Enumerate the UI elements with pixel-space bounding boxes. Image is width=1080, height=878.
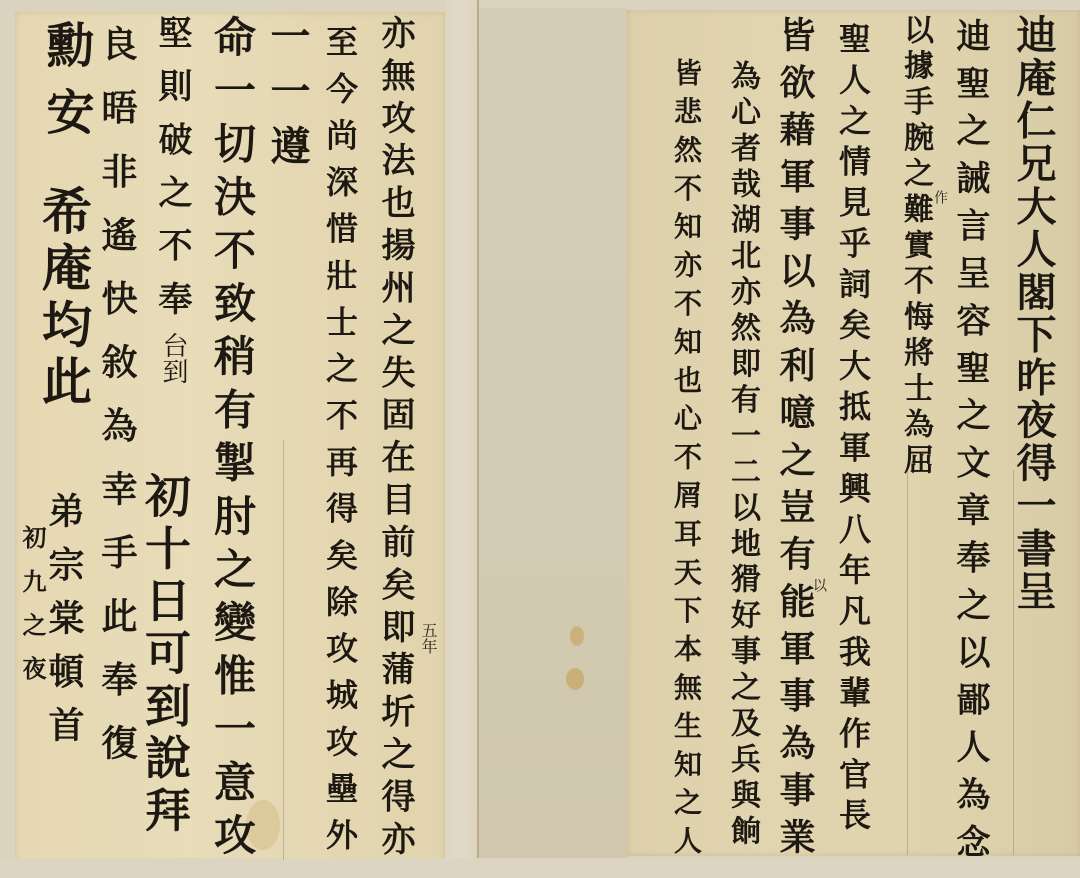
text-column: 堅則破之不奉 <box>155 15 189 315</box>
date-line: 初九之夜 <box>20 525 44 680</box>
paper-stain <box>570 626 584 646</box>
text-column: 亦無攻法也揚州之失固在目前矣即蒲圻之得亦 <box>378 15 412 855</box>
interlinear-note: 五年 <box>420 622 436 654</box>
text-column: 以據手腕之難實不悔將士為屈 <box>900 14 930 474</box>
bottom-mount-strip <box>0 858 1080 878</box>
text-column: 一一遵 <box>267 15 307 165</box>
ruling-line <box>907 470 908 855</box>
text-column: 為心者哉湖北亦然即有一二以地猾好事之及兵與餉 <box>727 60 757 845</box>
ruling-line <box>283 440 284 860</box>
text-column: 皆欲藉軍事以為利噫之豈有能軍事為事業 <box>777 16 813 854</box>
text-column: 命一切決不致稍有掣肘之變惟一意攻 <box>211 15 253 855</box>
interlinear-note: 作 <box>933 190 947 204</box>
mount-strip <box>445 0 478 878</box>
text-column: 迪庵仁兄大人閣下昨夜得一書呈 <box>1013 14 1053 610</box>
text-column: 至今尚深惜壯士之不再得矣除攻城攻壘外 <box>324 25 356 850</box>
text-column: 迪聖之誡言呈容聖之文章奉之以鄙人為念 <box>953 18 987 858</box>
text-column: 聖人之情見乎詞矣大抵軍興八年凡我輩作官長 <box>837 22 869 830</box>
interlinear-note: 台到 <box>160 332 186 384</box>
interlinear-note: 以 <box>812 578 826 592</box>
mount-panel <box>479 8 627 858</box>
closing-salutation: 勳安 <box>42 20 90 135</box>
text-column: 皆悲然不知亦不知也心不屑耳天下本無生知之人 <box>672 58 700 854</box>
signature: 弟宗棠頓首 <box>46 492 82 742</box>
text-column: 初十日可到說拜 <box>142 472 188 832</box>
text-column: 良晤非遙快敘為幸手此奉復 <box>99 25 135 760</box>
text-column: 希庵均此 <box>38 185 88 405</box>
paper-stain <box>566 668 584 690</box>
